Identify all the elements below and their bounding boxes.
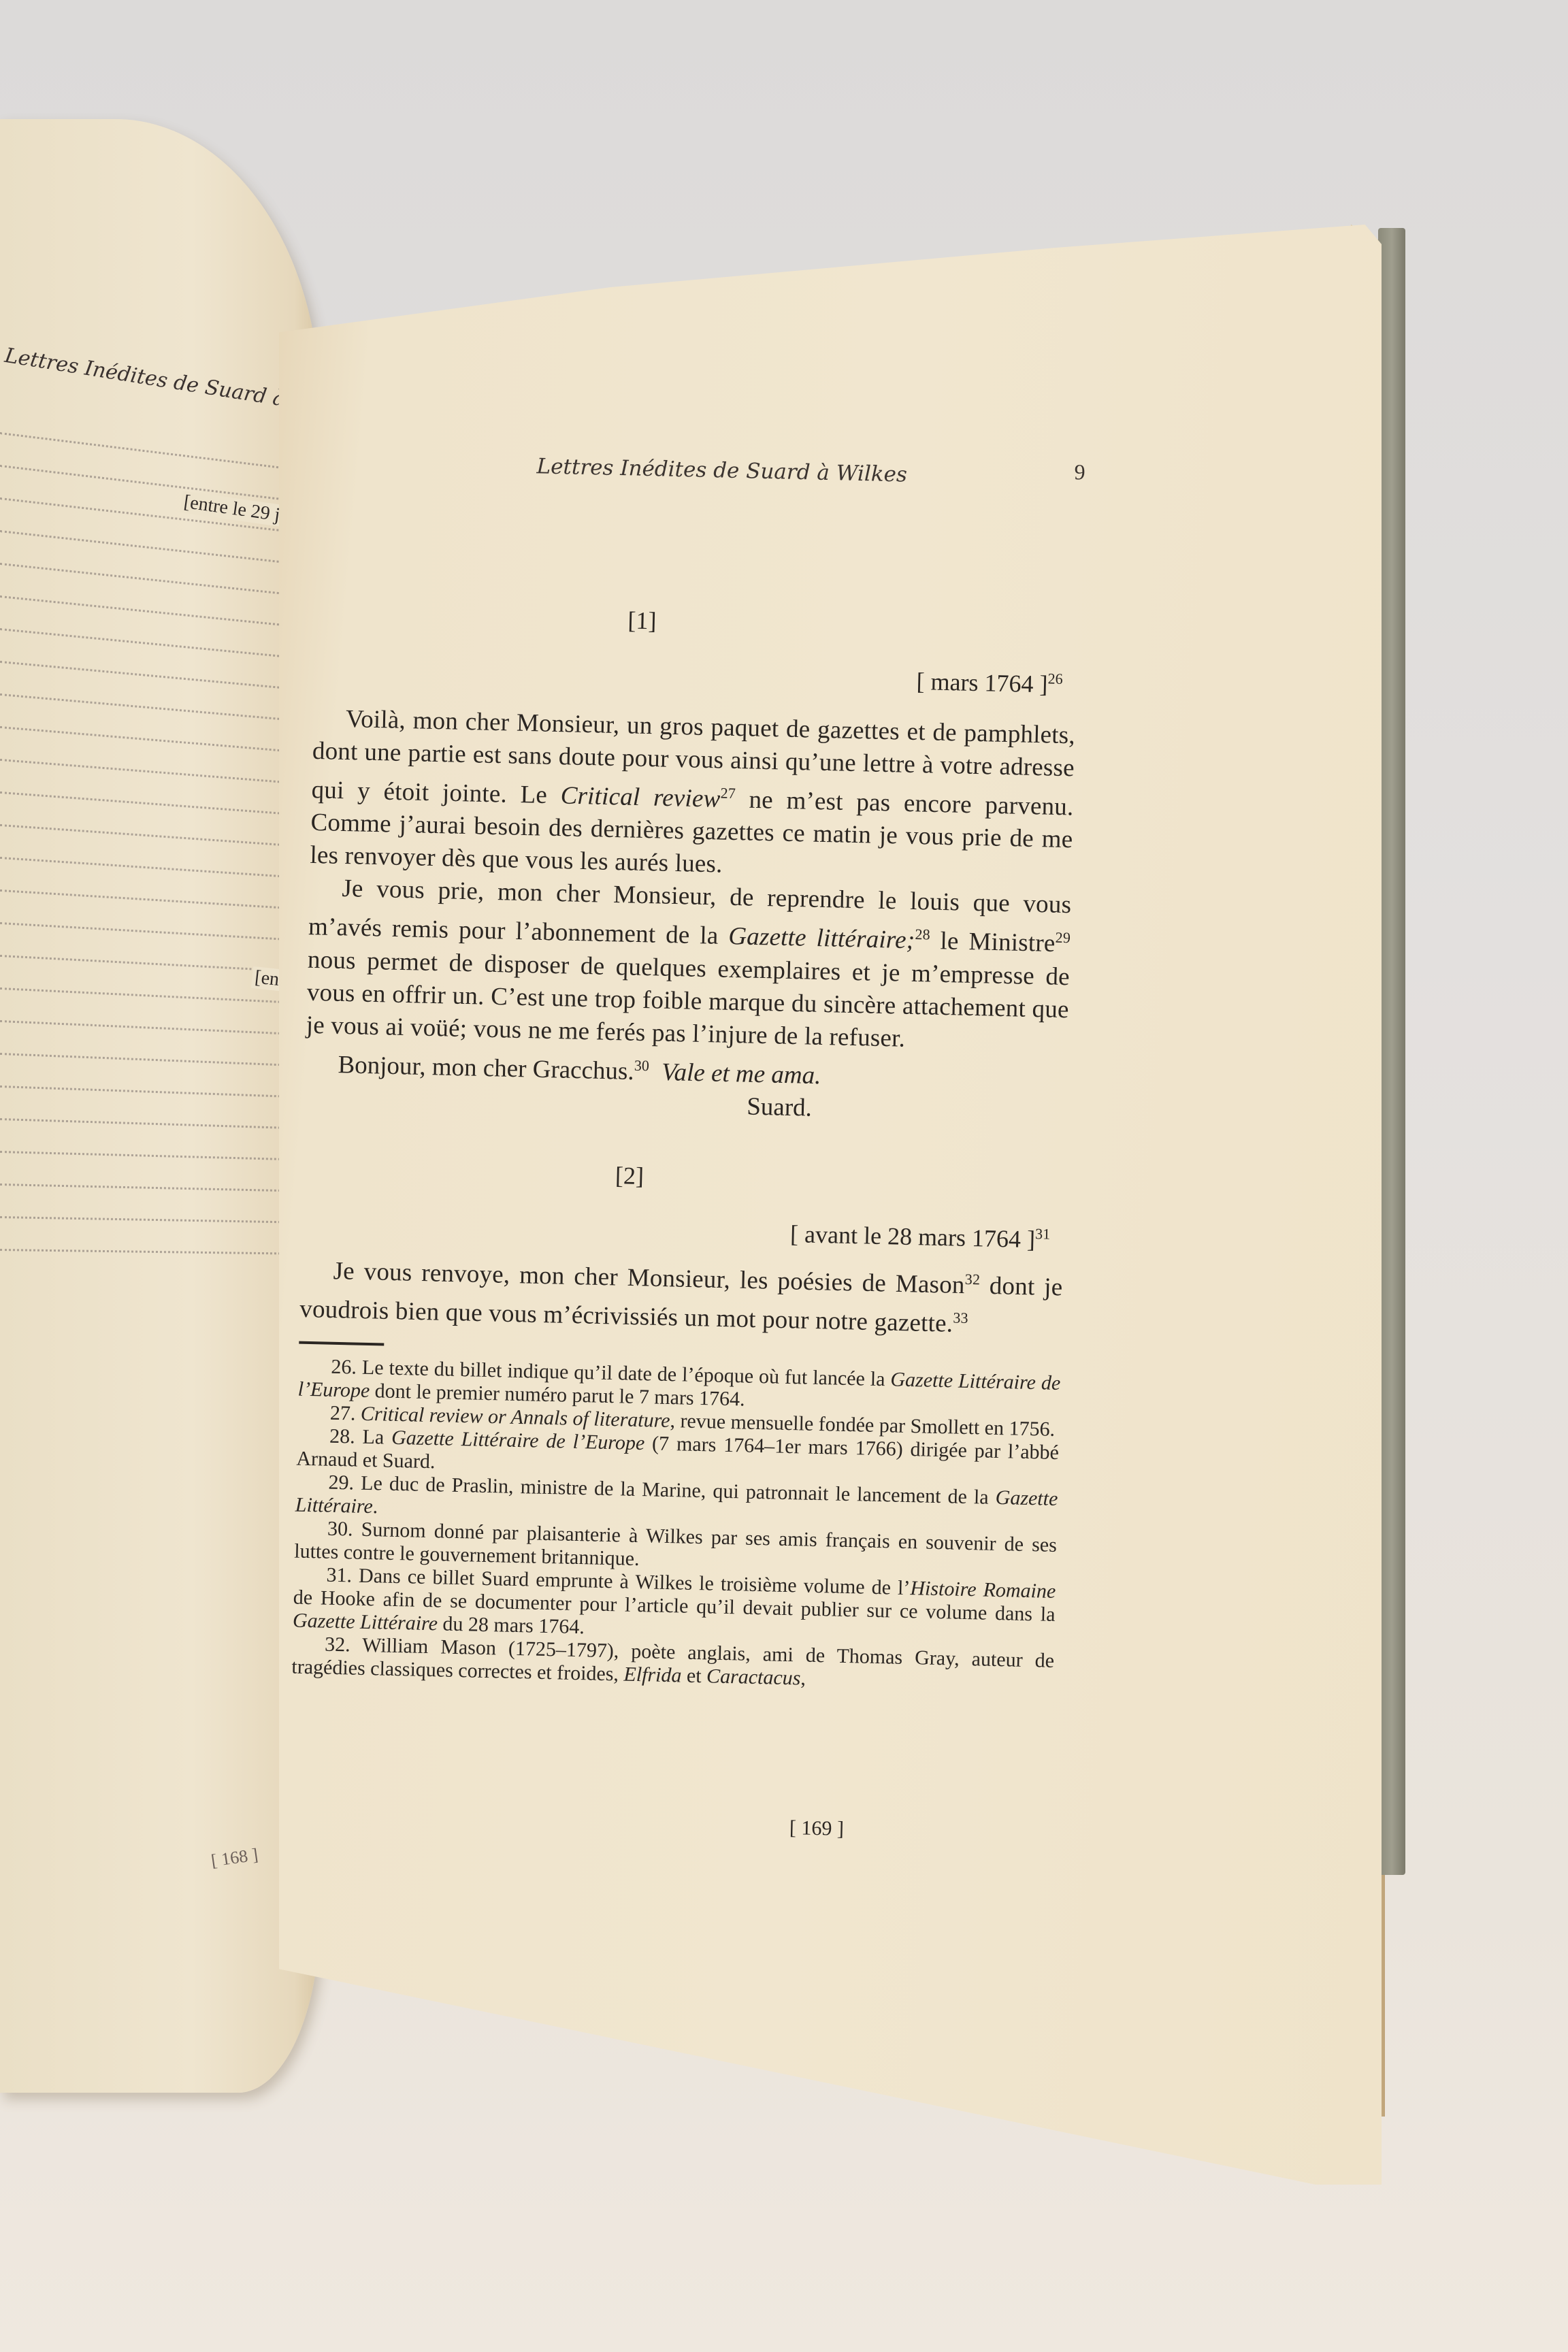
toc-leader-line <box>0 791 309 817</box>
footnote-ref: 30 <box>634 1056 650 1073</box>
toc-leader-line <box>0 922 309 942</box>
toc-leader-line <box>0 432 308 472</box>
book-cover-edge <box>1378 228 1405 1875</box>
toc-leader-line <box>0 1183 310 1192</box>
toc-leader-line <box>0 857 309 879</box>
toc-leader-line <box>0 759 309 785</box>
toc-leader-line <box>0 465 308 503</box>
letter-1: [1] [ mars 1764 ]26 Voilà, mon cher Mons… <box>304 599 1078 1130</box>
toc-leader-line <box>0 595 308 629</box>
toc-leader-line <box>0 1085 310 1098</box>
toc-leader-line <box>0 1053 310 1067</box>
left-page-number: [ 168 ] <box>210 1844 259 1871</box>
paragraph: Je vous renvoye, mon cher Monsieur, les … <box>299 1248 1063 1343</box>
paragraph: Je vous prie, mon cher Monsieur, de repr… <box>306 872 1071 1059</box>
toc-leader-line <box>0 726 309 754</box>
toc-leader-line <box>0 530 308 566</box>
toc-leader-line <box>0 824 309 848</box>
toc-leader-line <box>0 1020 310 1036</box>
toc-leader-line <box>0 987 310 1004</box>
letter-date: [ avant le 28 mars 1764 ]31 <box>301 1209 1064 1254</box>
letter-2: [2] [ avant le 28 mars 1764 ]31 Je vous … <box>299 1154 1065 1343</box>
running-head: Lettres Inédites de Suard à Wilkes <box>536 454 907 487</box>
footnote-ref: 26 <box>1047 670 1063 687</box>
page-number-top: 9 <box>1074 459 1085 485</box>
left-running-head: Lettres Inédites de Suard à Wilkes <box>3 344 316 416</box>
toc-leader-line <box>0 1118 310 1130</box>
letter-number: [2] <box>262 1153 998 1198</box>
toc-leader-line <box>0 628 308 660</box>
toc-leader-line <box>0 1216 310 1224</box>
footnote-ref: 31 <box>1035 1225 1051 1242</box>
toc-leader-line <box>0 563 308 598</box>
page-number-bottom: [ 169 ] <box>789 1816 845 1841</box>
toc-leader-line <box>0 693 308 723</box>
toc-leader-line <box>0 661 308 691</box>
footnote-separator <box>299 1341 384 1345</box>
toc-leader-line <box>0 889 309 911</box>
right-page-text: Lettres Inédites de Suard à Wilkes 9 [1]… <box>291 422 1082 1696</box>
toc-leader-line <box>0 1249 310 1255</box>
letter-number: [1] <box>274 598 1010 643</box>
paragraph: Voilà, mon cher Monsieur, un gros paquet… <box>310 702 1075 889</box>
left-page: Lettres Inédites de Suard à Wilkes [entr… <box>0 119 320 2093</box>
letter-date: [ mars 1764 ]26 <box>314 653 1077 699</box>
footnotes: 26. Le texte du billet indique qu’il dat… <box>291 1354 1061 1695</box>
